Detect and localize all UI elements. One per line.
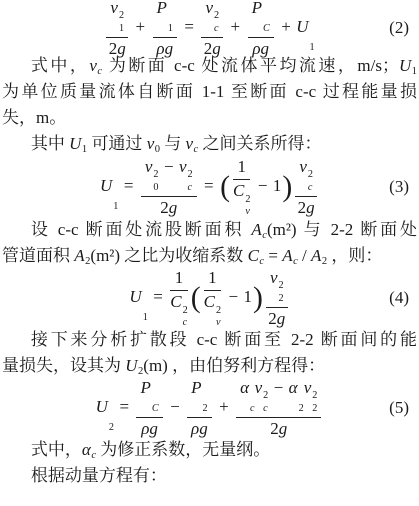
script-stack: 20 xyxy=(153,169,158,193)
math-token: C2c xyxy=(170,291,187,329)
math-token: P 1 xyxy=(153,0,177,38)
variable: P xyxy=(252,0,262,17)
variable: g xyxy=(279,419,288,438)
variable: v xyxy=(270,268,278,287)
paragraph-alpha-explanation: 式中，αc 为修正系数，无量纲。 xyxy=(2,437,417,463)
inline-variable: Ac xyxy=(251,220,267,239)
script-stack: 1 xyxy=(310,30,315,54)
fraction: P 2ρg xyxy=(187,377,211,439)
variable: α xyxy=(240,378,249,397)
math-token: 2 xyxy=(312,390,317,402)
variable: C xyxy=(233,181,244,200)
text-segment: 量损失，设其为 xyxy=(2,356,125,375)
inline-variable: U2 xyxy=(125,356,143,375)
math-token: U xyxy=(399,56,411,75)
script-stack: 2v xyxy=(216,305,221,329)
text-segment: 根据动量方程有： xyxy=(31,466,167,485)
operator: = xyxy=(119,397,129,416)
math-token: v xyxy=(89,56,97,75)
text-line: 式中，αc 为修正系数，无量纲。 xyxy=(2,437,417,463)
math-token: v2c xyxy=(295,156,317,197)
operator: = xyxy=(153,287,163,306)
math-token: 2 xyxy=(278,293,283,305)
math-token: 2 xyxy=(278,280,283,292)
text-segment: 式中， xyxy=(31,440,82,459)
math-token: 2 xyxy=(312,403,317,415)
operator: + xyxy=(135,17,145,36)
math-token: 2g xyxy=(266,308,288,329)
fraction: v2c2g xyxy=(201,0,223,59)
inline-variable: U1 xyxy=(69,134,87,153)
number: 1 xyxy=(244,287,253,306)
inline-variable: A2 xyxy=(74,246,90,265)
math-token: ρg xyxy=(136,418,162,439)
operator: = xyxy=(184,17,194,36)
text-segment: 失，m。 xyxy=(2,108,66,127)
equation-2: v212g+P 1ρg=v2c2g+P Cρg+U 1 (2) xyxy=(2,3,417,53)
variable: g xyxy=(169,198,178,217)
operator: − xyxy=(228,287,238,306)
math-token: 2 xyxy=(216,305,221,317)
math-token: c xyxy=(308,182,313,194)
math-token: 2 xyxy=(214,10,219,22)
script-stack: 22 xyxy=(278,280,283,304)
number: 1 xyxy=(208,268,217,287)
math-token: 0 xyxy=(153,182,158,194)
math-token xyxy=(203,390,208,402)
math-token: v xyxy=(245,206,250,218)
number: 1 xyxy=(273,176,282,195)
script-stack: 2c xyxy=(188,169,193,193)
operator: − xyxy=(258,176,268,195)
inline-variable: vc xyxy=(89,56,102,75)
math-token: v xyxy=(216,317,221,329)
paragraph-u1-relation: 其中 U1 可通过 v0 与 vc 之间关系所得： xyxy=(2,131,417,157)
inline-variable: Ac xyxy=(282,246,298,265)
number: 2 xyxy=(109,39,118,58)
math-token: 2g xyxy=(141,197,197,218)
variable: U xyxy=(296,17,308,36)
paper-page: v212g+P 1ρg=v2c2g+P Cρg+U 1 (2) 式中，vc 为断… xyxy=(0,0,419,506)
script-stack: 1 xyxy=(168,10,173,34)
math-token: A xyxy=(251,220,261,239)
math-token: c xyxy=(183,317,188,329)
equation-3-number: (3) xyxy=(389,177,409,197)
math-token: 2 xyxy=(299,403,304,415)
math-token: c xyxy=(250,403,255,415)
operator: + xyxy=(281,17,291,36)
math-token: c xyxy=(188,182,193,194)
equation-4: U 1=1C2c(1C2v−1)v222g (4) xyxy=(2,269,417,327)
variable: g xyxy=(306,198,315,217)
math-token: ρg xyxy=(153,38,177,59)
math-token xyxy=(263,10,270,22)
math-token xyxy=(168,10,173,22)
parenthesis: ) xyxy=(282,170,292,203)
fraction: P Cρg xyxy=(248,0,274,59)
variable: g xyxy=(117,39,126,58)
parenthesis: ( xyxy=(220,170,230,203)
fraction: 1C2c xyxy=(170,267,187,329)
math-token: 2 xyxy=(203,403,208,415)
variable: g xyxy=(212,39,221,58)
math-token xyxy=(143,300,148,312)
math-token: v2c xyxy=(201,0,223,38)
math-token: 1 xyxy=(310,42,315,54)
operator: = xyxy=(124,176,134,195)
script-stack: 21 xyxy=(119,10,124,34)
fraction: α cv2c−α 2v222g xyxy=(236,377,321,439)
variable: ρ xyxy=(156,39,164,58)
operator: − xyxy=(164,157,174,176)
variable: v xyxy=(299,157,307,176)
variable: U xyxy=(96,397,108,416)
fraction: v222g xyxy=(266,267,288,329)
number: 2 xyxy=(204,39,213,58)
math-token: 2g xyxy=(236,418,321,439)
math-token: 2 xyxy=(183,305,188,317)
math-token: C2v xyxy=(233,180,250,218)
math-token: v xyxy=(147,134,155,153)
math-token: α xyxy=(82,440,91,459)
text-line: 管道面积 A2(m²) 之比为收缩系数 Cc = Ac / A2 ，则： xyxy=(2,243,417,269)
equation-4-math: U 1=1C2c(1C2v−1)v222g xyxy=(129,267,289,329)
text-segment: 为修正系数，无量纲。 xyxy=(96,440,270,459)
text-line: 为单位质量流体自断面 1-1 至断面 c-c 过程能量损 xyxy=(2,79,417,105)
script-stack: 2c xyxy=(214,10,219,34)
math-token: 1 xyxy=(233,156,250,180)
operator: + xyxy=(231,17,241,36)
script-stack: 2c xyxy=(308,169,313,193)
number: 2 xyxy=(160,198,169,217)
text-segment: 可通过 xyxy=(87,134,147,153)
script-stack: C xyxy=(263,10,270,34)
variable: C xyxy=(170,292,181,311)
text-segment: (m²) 之比为收缩系数 xyxy=(90,246,247,265)
fraction: P Cρg xyxy=(136,377,162,439)
operator: + xyxy=(219,397,229,416)
variable: g xyxy=(199,419,208,438)
inline-variable: αc xyxy=(82,440,96,459)
math-token: v20−v2c xyxy=(141,156,197,197)
text-line: 接下来分析扩散段 c-c 断面至 2-2 断面间的能 xyxy=(2,327,417,353)
script-stack: 22 xyxy=(312,390,317,414)
text-line: 量损失，设其为 U2(m) ，由伯努利方程得： xyxy=(2,353,417,379)
variable: U xyxy=(129,287,141,306)
fraction: v2c2g xyxy=(295,156,317,218)
variable: g xyxy=(277,309,286,328)
variable: P xyxy=(140,378,150,397)
equation-3: U 1=v20−v2c2g=(1C2v−1)v2c2g (3) xyxy=(2,157,417,217)
math-token: 2 xyxy=(153,169,158,181)
number: 2 xyxy=(270,419,279,438)
math-token: 1 xyxy=(119,23,124,35)
text-segment: (m) ，由伯努利方程得： xyxy=(143,356,325,375)
fraction: v20−v2c2g xyxy=(141,156,197,218)
text-line: 设 c-c 断面处流股断面积 Ac(m²) 与 2-2 断面处 xyxy=(2,217,417,243)
equation-2-math: v212g+P 1ρg=v2c2g+P Cρg+U 1 xyxy=(104,0,314,59)
variable: U xyxy=(100,176,112,195)
equation-2-number: (2) xyxy=(389,18,409,38)
math-token xyxy=(152,390,159,402)
fraction: 1C2v xyxy=(233,156,250,218)
inline-variable: v0 xyxy=(147,134,160,153)
text-segment: (m²) 与 2-2 断面处 xyxy=(267,220,417,239)
variable: v xyxy=(110,0,118,17)
variable: v xyxy=(179,157,187,176)
text-segment: / xyxy=(298,246,311,265)
paragraph-momentum-equation: 根据动量方程有： xyxy=(2,463,417,489)
number: 2 xyxy=(268,309,277,328)
variable: g xyxy=(149,419,158,438)
variable: g xyxy=(260,39,269,58)
inline-variable: vc xyxy=(186,134,199,153)
text-segment: 式中， xyxy=(31,56,89,75)
script-stack: 2c xyxy=(263,390,268,414)
variable: α xyxy=(289,378,298,397)
math-token: c xyxy=(214,23,219,35)
math-token: v22 xyxy=(266,267,288,308)
paragraph-diffusion-section: 接下来分析扩散段 c-c 断面至 2-2 断面间的能 量损失，设其为 U2(m)… xyxy=(2,327,417,379)
math-token: v21 xyxy=(106,0,128,38)
math-token: 2g xyxy=(106,38,128,59)
variable: P xyxy=(191,378,201,397)
text-line: 失，m。 xyxy=(2,105,417,131)
math-token: C xyxy=(248,246,259,265)
text-segment: ，则： xyxy=(327,246,382,265)
text-segment: 为单位质量流体自断面 1-1 至断面 c-c 过程能量损 xyxy=(2,82,417,101)
parenthesis: ( xyxy=(191,281,201,314)
math-token: α cv2c−α 2v22 xyxy=(236,377,321,418)
text-line: 其中 U1 可通过 v0 与 vc 之间关系所得： xyxy=(2,131,417,157)
number: 1 xyxy=(237,157,246,176)
math-token: 1 xyxy=(168,23,173,35)
math-token: 2g xyxy=(295,197,317,218)
math-token: 2 xyxy=(188,169,193,181)
inline-variable: U1 xyxy=(399,56,417,75)
variable: v xyxy=(255,378,263,397)
text-segment: 接下来分析扩散段 c-c 断面至 2-2 断面间的能 xyxy=(31,330,417,349)
math-token: 2 xyxy=(245,194,250,206)
operator: − xyxy=(170,397,180,416)
variable: ρ xyxy=(191,419,199,438)
text-segment: 与 xyxy=(160,134,186,153)
script-stack: 1 xyxy=(143,300,148,324)
script-stack: 2c xyxy=(183,305,188,329)
math-token: 2 xyxy=(119,10,124,22)
parenthesis: ) xyxy=(253,281,263,314)
math-token: A xyxy=(311,246,321,265)
math-token: 1 xyxy=(412,66,417,77)
math-token: A xyxy=(74,246,84,265)
text-segment: 管道面积 xyxy=(2,246,74,265)
variable: v xyxy=(145,157,153,176)
math-token: P C xyxy=(136,377,162,418)
variable: v xyxy=(205,0,213,17)
text-segment: 之间关系所得： xyxy=(198,134,321,153)
math-token: 2 xyxy=(109,422,114,434)
operator: = xyxy=(204,176,214,195)
text-segment: 设 c-c 断面处流股断面积 xyxy=(31,220,251,239)
math-token: U xyxy=(69,134,81,153)
variable: P xyxy=(157,0,167,17)
math-token: A xyxy=(282,246,292,265)
variable: g xyxy=(165,39,174,58)
math-token: 1 xyxy=(170,267,187,291)
equation-5-math: U 2=P Cρg−P 2ρg+α cv2c−α 2v222g xyxy=(96,377,324,439)
text-segment: 其中 xyxy=(31,134,69,153)
math-token: 1 xyxy=(113,201,118,213)
script-stack: 2 xyxy=(109,410,114,434)
math-token xyxy=(109,410,114,422)
equation-4-number: (4) xyxy=(389,288,409,308)
script-stack: C xyxy=(152,390,159,414)
math-token: C2v xyxy=(204,291,221,329)
math-token xyxy=(310,30,315,42)
math-token: 1 xyxy=(204,267,221,291)
fraction: v212g xyxy=(106,0,128,59)
math-token: 2 xyxy=(308,169,313,181)
number: 2 xyxy=(298,198,307,217)
fraction: P 1ρg xyxy=(153,0,177,59)
equation-5-number: (5) xyxy=(389,398,409,418)
math-token: c xyxy=(263,403,268,415)
script-stack: 1 xyxy=(113,189,118,213)
script-stack: 2 xyxy=(203,390,208,414)
text-segment: = xyxy=(264,246,282,265)
math-token: v xyxy=(186,134,194,153)
equation-3-math: U 1=v20−v2c2g=(1C2v−1)v2c2g xyxy=(100,156,319,218)
number: 1 xyxy=(175,268,184,287)
math-token: U xyxy=(125,356,137,375)
math-token: ρg xyxy=(187,418,211,439)
variable: v xyxy=(304,378,312,397)
script-stack: 2v xyxy=(245,194,250,218)
math-token: P C xyxy=(248,0,274,38)
math-token xyxy=(113,189,118,201)
math-token: P 2 xyxy=(187,377,211,418)
math-token: C xyxy=(152,403,159,415)
inline-variable: Cc xyxy=(248,246,265,265)
math-token: 2g xyxy=(201,38,223,59)
equation-5: U 2=P Cρg−P 2ρg+α cv2c−α 2v222g (5) xyxy=(2,379,417,437)
text-line: 根据动量方程有： xyxy=(2,463,417,489)
math-token: 2 xyxy=(263,390,268,402)
paragraph-eq2-explanation: 式中，vc 为断面 c-c 处流体平均流速，m/s；U1 为单位质量流体自断面 … xyxy=(2,53,417,131)
variable: C xyxy=(204,292,215,311)
fraction: 1C2v xyxy=(204,267,221,329)
math-token: ρg xyxy=(248,38,274,59)
paragraph-contraction-coefficient: 设 c-c 断面处流股断面积 Ac(m²) 与 2-2 断面处 管道面积 A2(… xyxy=(2,217,417,269)
operator: − xyxy=(274,378,284,397)
math-token: 1 xyxy=(143,312,148,324)
math-token: C xyxy=(263,23,270,35)
inline-variable: A2 xyxy=(311,246,327,265)
